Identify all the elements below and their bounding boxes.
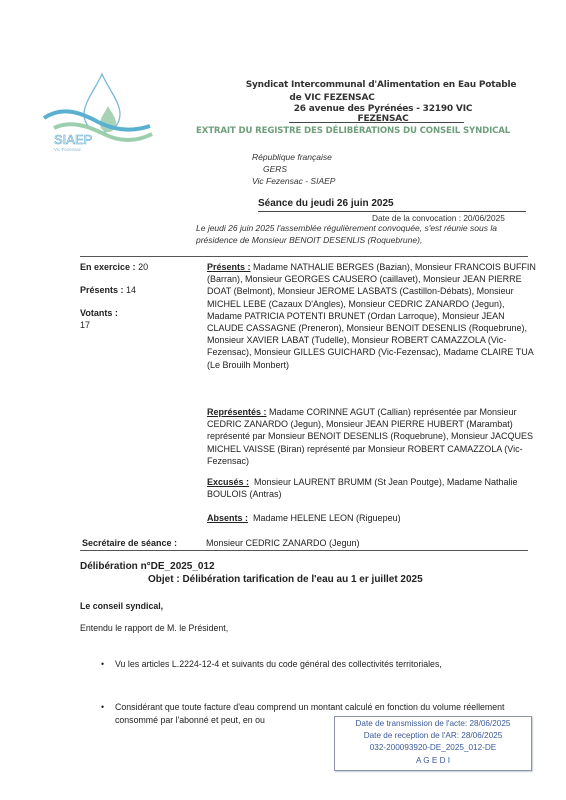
conseil-heading: Le conseil syndical, [80, 601, 163, 611]
votants-label-text: Votants : [80, 308, 118, 318]
deliberation-object: Objet : Délibération tarification de l'e… [148, 574, 423, 585]
bullet-text: Vu les articles L.2224-12-4 et suivants … [115, 659, 442, 669]
presents-list: Madame NATHALIE BERGES (Bazian), Monsieu… [207, 262, 536, 370]
secretaire-label: Secrétaire de séance : [82, 538, 177, 548]
votants-label: Votants : [80, 308, 118, 318]
excuses-list: Monsieur LAURENT BRUMM (St Jean Poutge),… [207, 477, 520, 499]
deliberation-number: Délibération n°DE_2025_012 [80, 561, 215, 572]
representes-heading: Représentés : [207, 407, 267, 417]
svg-text:Vic-Fezensac: Vic-Fezensac [54, 147, 82, 152]
departement-label: GERS [263, 164, 287, 174]
votants-value: 17 [80, 320, 90, 330]
presents-count: Présents : 14 [80, 285, 136, 295]
stamp-reception-date: Date de reception de l'AR: 28/06/2025 [335, 730, 531, 742]
siaep-logo: SIAEP Vic-Fezensac [40, 72, 155, 152]
bullet-icon: • [101, 701, 115, 714]
presents-heading: Présents : [207, 262, 251, 272]
convocation-date: Date de la convocation : 20/06/2025 [372, 213, 505, 223]
bullet-icon: • [101, 659, 115, 669]
water-drop-wave-logo-icon: SIAEP Vic-Fezensac [40, 72, 155, 152]
attendance-divider [80, 256, 528, 257]
en-exercice-count: En exercice : 20 [80, 262, 148, 272]
absents-block: Absents : Madame HELENE LEON (Riguepeu) [207, 512, 537, 524]
transmission-stamp: Date de transmission de l'acte: 28/06/20… [334, 716, 532, 771]
org-name: Syndicat Intercommunal d'Alimentation en… [196, 80, 566, 90]
seance-title: Séance du jeudi 26 juin 2025 [258, 198, 394, 209]
secretaire-value: Monsieur CEDRIC ZANARDO (Jegun) [206, 538, 360, 548]
representes-block: Représentés : Madame CORINNE AGUT (Calli… [207, 406, 537, 467]
excuses-heading: Excusés : [207, 477, 249, 487]
presents-value: 14 [126, 285, 136, 295]
list-item: •Vu les articles L.2224-12-4 et suivants… [101, 659, 442, 669]
absents-list: Madame HELENE LEON (Riguepeu) [248, 513, 401, 523]
svg-text:SIAEP: SIAEP [54, 132, 92, 147]
absents-heading: Absents : [207, 513, 248, 523]
republique-label: République française [252, 152, 332, 162]
entendu-text: Entendu le rapport de M. le Président, [80, 623, 228, 633]
en-exercice-label: En exercice : [80, 262, 136, 272]
stamp-transmission-date: Date de transmission de l'acte: 28/06/20… [335, 718, 531, 730]
header-divider [289, 122, 464, 123]
secretaire-divider [80, 550, 528, 551]
seance-intro: Le jeudi 26 juin 2025 l'assemblée réguli… [196, 223, 536, 246]
stamp-act-id: 032-200093920-DE_2025_012-DE [335, 742, 531, 754]
org-city: de VIC FEZENSAC [262, 93, 402, 103]
stamp-agedi: A G E D I [335, 755, 531, 767]
presents-block: Présents : Madame NATHALIE BERGES (Bazia… [207, 261, 537, 371]
org-address: 26 avenue des Pyrénées - 32190 VIC FEZEN… [268, 104, 498, 124]
lieu-label: Vic Fezensac - SIAEP [252, 176, 335, 186]
en-exercice-value: 20 [138, 262, 148, 272]
extrait-title: EXTRAIT DU REGISTRE DES DÉLIBÉRATIONS DU… [196, 126, 546, 136]
excuses-block: Excusés : Monsieur LAURENT BRUMM (St Jea… [207, 476, 537, 500]
presents-label: Présents : [80, 285, 124, 295]
seance-divider [258, 211, 526, 212]
